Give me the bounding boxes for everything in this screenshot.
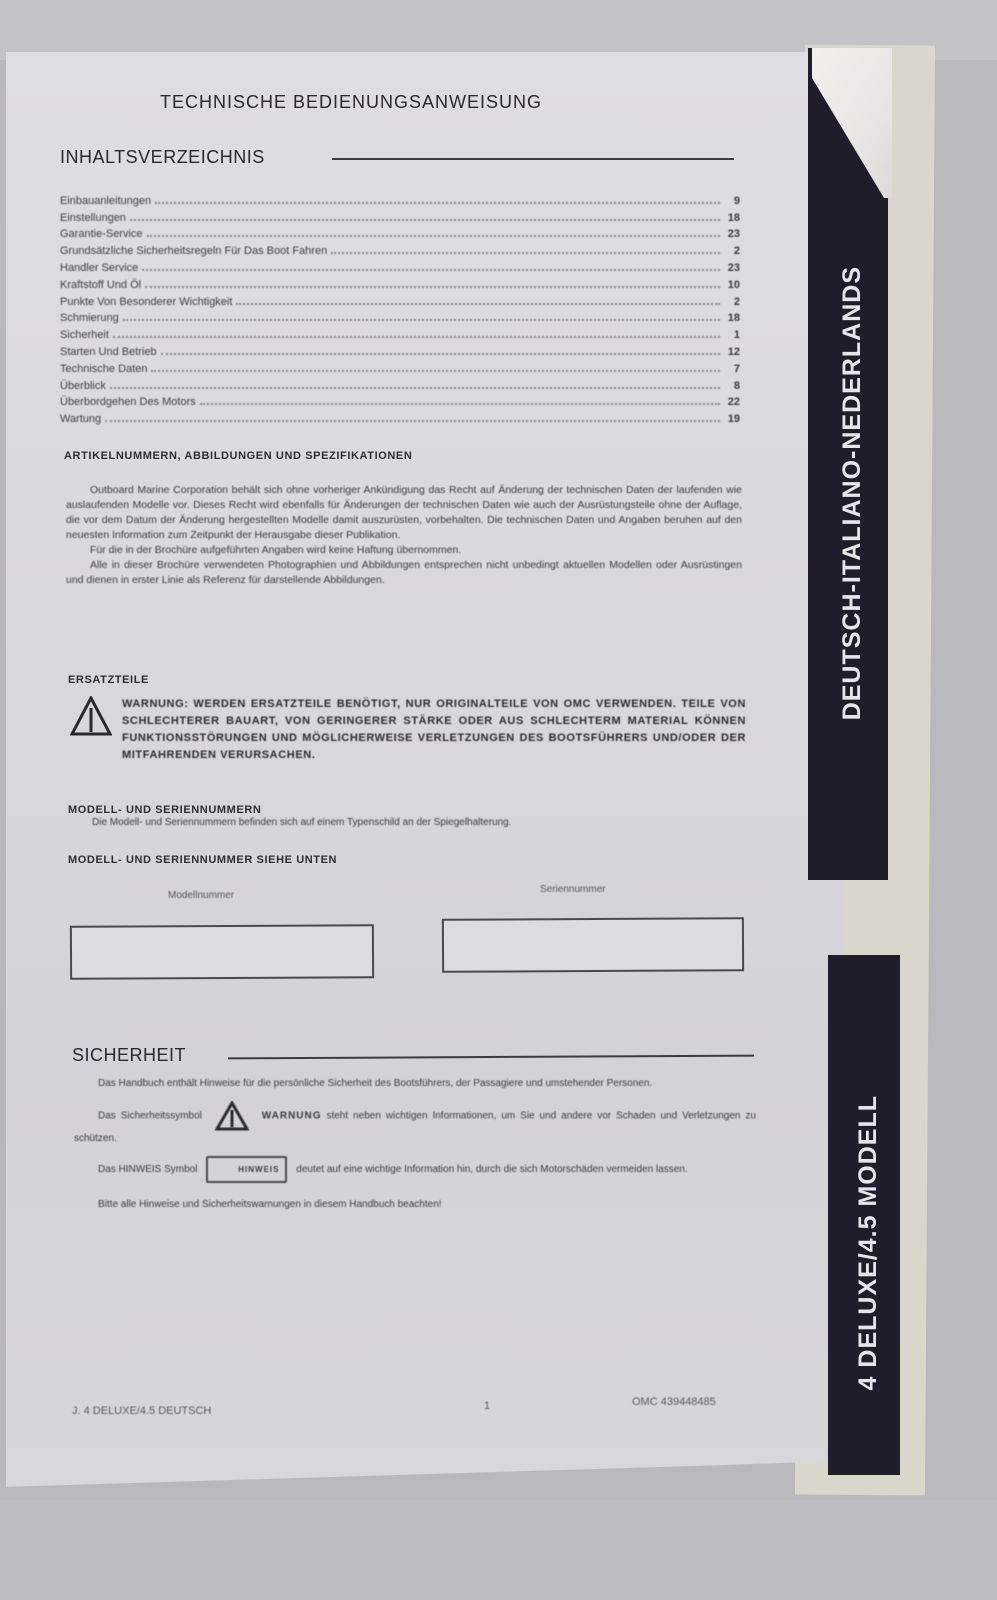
toc-entry-label: Schmierung: [60, 312, 123, 324]
toc-entry-label: Überblick: [60, 380, 110, 392]
toc-entry[interactable]: Überblick8: [60, 375, 740, 392]
toc-entry-page: 23: [720, 262, 740, 274]
toc-entry-page: 23: [720, 228, 740, 240]
toc-entry-label: Einstellungen: [60, 212, 130, 224]
articles-paragraph-2: Für die in der Brochüre aufgeführten Ang…: [66, 543, 742, 558]
toc-entry-page: 8: [720, 380, 740, 392]
spare-parts-warning-text: WARNUNG: WERDEN ERSATZTEILE BENÖTIGT, NU…: [122, 696, 746, 764]
document-content: TECHNISCHE BEDIENUNGSANWEISUNG INHALTSVE…: [0, 0, 997, 1600]
toc-leader-dots: [123, 319, 720, 321]
model-number-field[interactable]: [70, 924, 374, 980]
toc-entry-label: Punkte Von Besonderer Wichtigkeit: [60, 296, 236, 308]
document-title: TECHNISCHE BEDIENUNGSANWEISUNG: [160, 92, 542, 113]
serial-number-label: Seriennummer: [540, 884, 606, 895]
toc-entry-label: Kraftstoff Und Öl: [60, 279, 145, 291]
spare-parts-heading: ERSATZTEILE: [68, 674, 149, 686]
footer-left: J. 4 DELUXE/4.5 DEUTSCH: [72, 1405, 211, 1417]
toc-leader-dots: [130, 219, 720, 221]
toc-entry-label: Grundsätzliche Sicherheitsregeln Für Das…: [60, 245, 331, 257]
safety-paragraph-2: Das Sicherheitssymbol WARNUNG steht nebe…: [74, 1101, 756, 1146]
toc-leader-dots: [105, 420, 720, 422]
safety-symbol-intro: Das Sicherheitssymbol: [98, 1111, 202, 1122]
toc-entry[interactable]: Überbordgehen Des Motors22: [60, 392, 740, 409]
toc-leader-dots: [331, 252, 720, 254]
warning-word: WARNUNG: [262, 1111, 322, 1122]
toc-heading-rule: [332, 158, 734, 160]
toc-entry-page: 1: [720, 329, 740, 341]
toc-leader-dots: [200, 403, 720, 405]
toc-entry[interactable]: Punkte Von Besonderer Wichtigkeit2: [60, 291, 740, 308]
toc-entry-label: Starten Und Betrieb: [60, 346, 161, 358]
safety-paragraph-1: Das Handbuch enthält Hinweise für die pe…: [74, 1076, 756, 1091]
toc-entry-page: 2: [720, 245, 740, 257]
toc-leader-dots: [110, 387, 720, 389]
toc-entry[interactable]: Sicherheit1: [60, 324, 740, 341]
toc-entry-label: Sicherheit: [60, 329, 113, 341]
toc-leader-dots: [142, 269, 720, 271]
serial-number-field[interactable]: [442, 917, 744, 973]
toc-entry-label: Einbauanleitungen: [60, 195, 155, 207]
hinweis-intro: Das HINWEIS Symbol: [98, 1164, 197, 1175]
hinweis-symbol-box: HINWEIS: [206, 1156, 287, 1183]
safety-heading-rule: [228, 1055, 754, 1060]
toc-entry[interactable]: Schmierung18: [60, 308, 740, 325]
safety-body: Das Handbuch enthält Hinweise für die pe…: [74, 1076, 756, 1212]
toc-entry[interactable]: Technische Daten7: [60, 358, 740, 375]
articles-paragraph-1: Outboard Marine Corporation behält sich …: [66, 483, 742, 543]
model-serial-below-heading: MODELL- UND SERIENNUMMER SIEHE UNTEN: [68, 854, 337, 866]
page-number: 1: [484, 1400, 490, 1412]
toc-entry[interactable]: Wartung19: [60, 408, 740, 425]
toc-leader-dots: [145, 286, 720, 288]
articles-heading: ARTIKELNUMMERN, ABBILDUNGEN UND SPEZIFIK…: [64, 450, 412, 462]
hinweis-description: deutet auf eine wichtige Information hin…: [296, 1164, 687, 1175]
toc-entry-page: 18: [720, 212, 740, 224]
toc-leader-dots: [155, 202, 720, 204]
toc-entry-page: 22: [720, 396, 740, 408]
toc-entry-page: 9: [720, 195, 740, 207]
toc-entry-page: 7: [720, 363, 740, 375]
toc-entry[interactable]: Garantie-Service23: [60, 224, 740, 241]
toc-entry-page: 2: [720, 296, 740, 308]
toc-leader-dots: [236, 303, 720, 305]
table-of-contents: Einbauanleitungen9Einstellungen18Garanti…: [60, 190, 740, 425]
footer-part-number: OMC 439448485: [632, 1396, 716, 1408]
toc-entry-page: 12: [720, 346, 740, 358]
toc-entry-label: Handler Service: [60, 262, 142, 274]
toc-entry[interactable]: Starten Und Betrieb12: [60, 341, 740, 358]
articles-paragraph-3: Alle in dieser Brochüre verwendeten Phot…: [66, 558, 742, 588]
safety-paragraph-3: Das HINWEIS Symbol HINWEIS deutet auf ei…: [74, 1156, 756, 1183]
safety-paragraph-4: Bitte alle Hinweise und Sicherheitswarnu…: [74, 1197, 756, 1212]
model-serial-text: Die Modell- und Seriennummern befinden s…: [92, 815, 752, 830]
safety-warning-triangle-icon: [215, 1101, 249, 1131]
toc-entry-page: 18: [720, 312, 740, 324]
articles-body: Outboard Marine Corporation behält sich …: [66, 483, 742, 588]
toc-entry[interactable]: Handler Service23: [60, 257, 740, 274]
toc-leader-dots: [161, 353, 720, 355]
toc-heading: INHALTSVERZEICHNIS: [60, 147, 265, 168]
toc-leader-dots: [147, 235, 720, 237]
toc-entry-label: Wartung: [60, 413, 105, 425]
toc-entry[interactable]: Grundsätzliche Sicherheitsregeln Für Das…: [60, 240, 740, 257]
toc-entry-page: 10: [720, 279, 740, 291]
toc-entry[interactable]: Kraftstoff Und Öl10: [60, 274, 740, 291]
safety-heading: SICHERHEIT: [72, 1045, 186, 1066]
warning-triangle-icon: [70, 696, 112, 736]
toc-entry[interactable]: Einbauanleitungen9: [60, 190, 740, 207]
toc-entry-label: Überbordgehen Des Motors: [60, 396, 200, 408]
toc-entry[interactable]: Einstellungen18: [60, 207, 740, 224]
toc-leader-dots: [113, 336, 720, 338]
toc-entry-page: 19: [720, 413, 740, 425]
toc-entry-label: Garantie-Service: [60, 228, 147, 240]
toc-leader-dots: [151, 370, 720, 372]
model-number-label: Modellnummer: [168, 890, 234, 901]
toc-entry-label: Technische Daten: [60, 363, 151, 375]
